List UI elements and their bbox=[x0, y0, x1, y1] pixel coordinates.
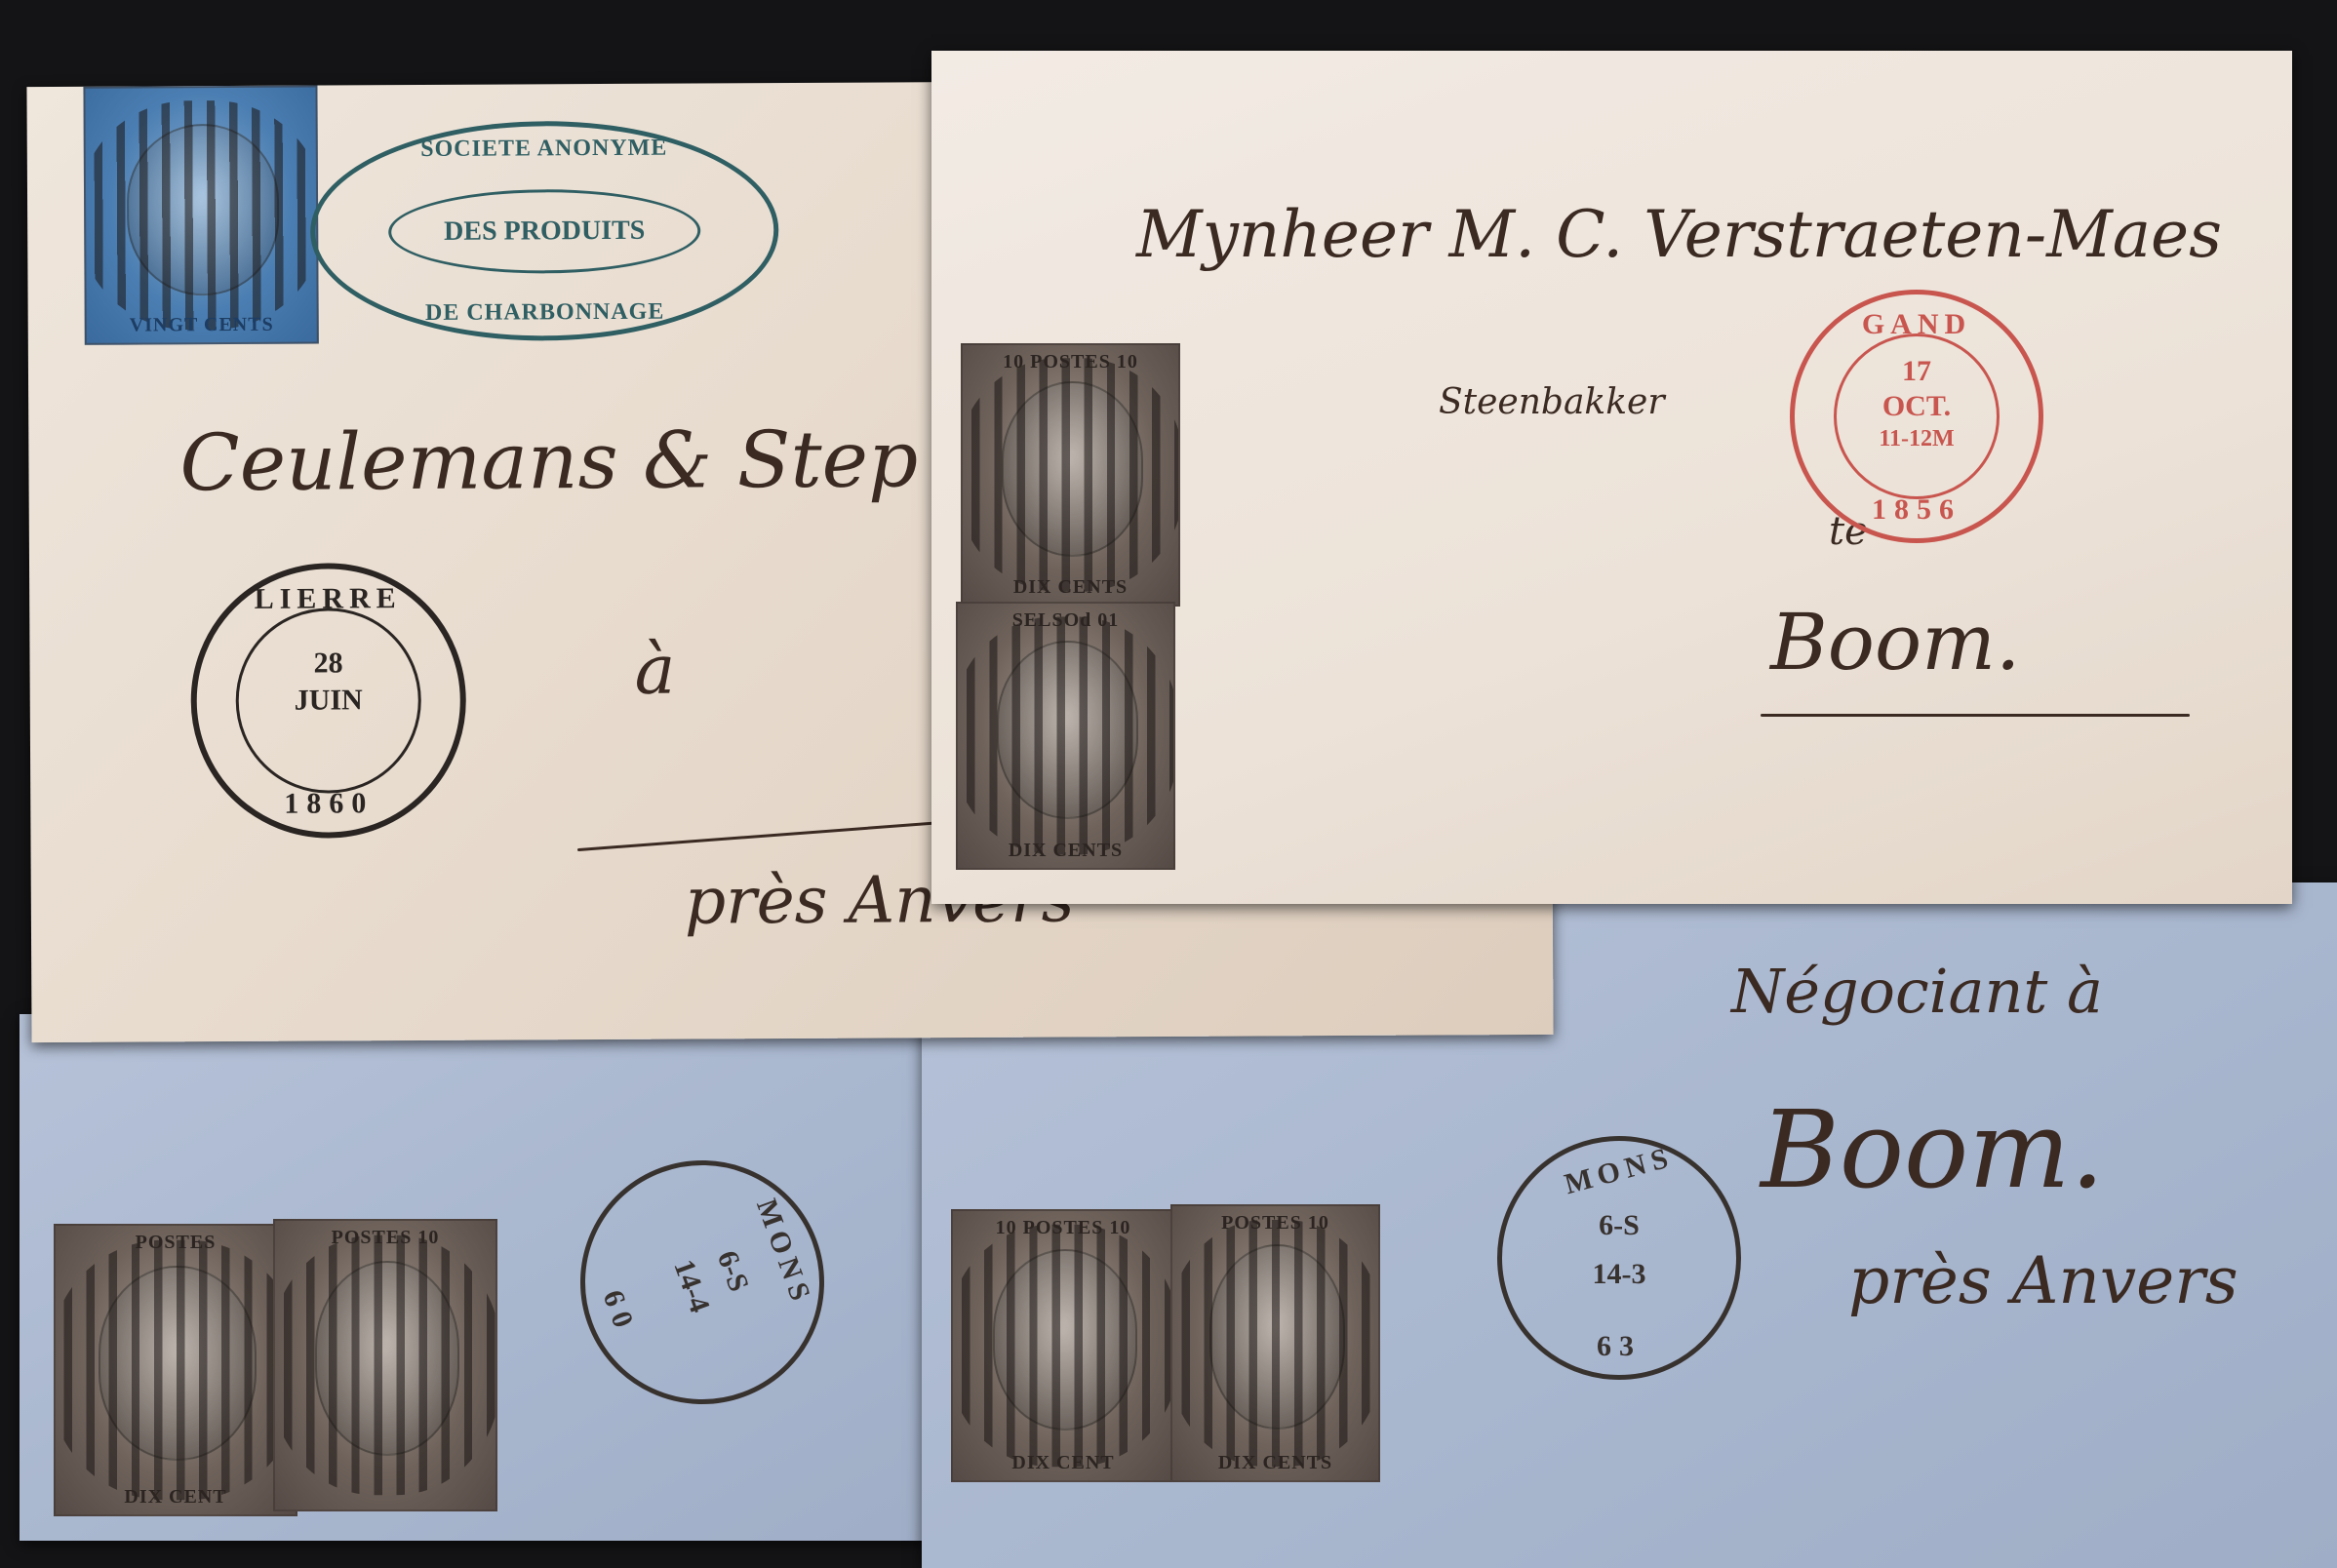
postmark-gand-1856: GAND 17 OCT. 11-12M 1856 bbox=[1790, 290, 2043, 543]
stamp-bottom-text: DIX CENTS bbox=[1172, 1452, 1378, 1474]
postmark-mons-1863: MONS 6-S 14-3 63 bbox=[1497, 1136, 1741, 1380]
stamp-top-text: POSTES 10 bbox=[275, 1227, 495, 1249]
address-ceulemans: Ceulemans & Step bbox=[179, 413, 918, 508]
stamp-top-text: 10 POSTES 10 bbox=[953, 1217, 1173, 1239]
postmark-town: MONS bbox=[1502, 1125, 1737, 1218]
stamp-dix-cents-2: POSTES 10 bbox=[273, 1219, 497, 1511]
postmark-time: 6-S bbox=[1502, 1209, 1736, 1242]
stamp-top-text: POSTES bbox=[56, 1232, 296, 1254]
stamp-bottom-text: DIX CENTS bbox=[963, 576, 1178, 599]
bar-cancel bbox=[273, 1235, 497, 1495]
address-a: à bbox=[634, 630, 675, 710]
stamp-top-text: SELSOd 01 bbox=[958, 609, 1173, 632]
cachet-line-top: SOCIETE ANONYME bbox=[315, 135, 773, 163]
stamp-dix-cents-1: POSTES DIX CENT bbox=[54, 1224, 297, 1516]
stamp-bottom-text: DIX CENT bbox=[953, 1452, 1173, 1474]
postmark-year: 1856 bbox=[1795, 493, 2039, 527]
stamp-top-text: POSTES 10 bbox=[1172, 1212, 1378, 1235]
stamp-vingt-cents: VINGT CENTS bbox=[83, 86, 318, 345]
company-cachet: SOCIETE ANONYME DES PRODUITS DE CHARBONN… bbox=[310, 120, 779, 342]
cover-top-right: 10 POSTES 10 DIX CENTS SELSOd 01 DIX CEN… bbox=[931, 51, 2292, 904]
stamp-bottom-text: DIX CENT bbox=[56, 1486, 296, 1509]
bar-cancel bbox=[54, 1240, 297, 1500]
bar-cancel bbox=[951, 1225, 1175, 1467]
postmark-day: 17 bbox=[1795, 355, 2039, 388]
stamp-top-text: 10 POSTES 10 bbox=[963, 351, 1178, 373]
cachet-line-middle: DES PRODUITS bbox=[444, 215, 645, 247]
postmark-date: 14-3 bbox=[1502, 1258, 1736, 1291]
stamp-dix-cents-2: SELSOd 01 DIX CENTS bbox=[956, 602, 1175, 870]
postmark-town: LIERRE bbox=[196, 582, 459, 616]
postmark-mons-1860: MONS 6-S 14-4 60 bbox=[546, 1126, 858, 1438]
postmark-town: GAND bbox=[1795, 308, 2039, 341]
postmark-year: 1860 bbox=[197, 787, 460, 821]
cachet-line-bottom: DE CHARBONNAGE bbox=[316, 298, 774, 327]
stamp-dix-cents-1: 10 POSTES 10 DIX CENT bbox=[951, 1209, 1175, 1482]
bar-cancel bbox=[83, 100, 318, 331]
stamp-dix-cents-1: 10 POSTES 10 DIX CENTS bbox=[961, 343, 1180, 607]
cover-bottom-left: POSTES DIX CENT POSTES 10 MONS 6-S 14-4 … bbox=[20, 1014, 975, 1541]
stamp-bottom-text: DIX CENTS bbox=[958, 840, 1173, 862]
bar-cancel bbox=[1170, 1220, 1380, 1467]
postmark-year: 63 bbox=[1502, 1330, 1736, 1363]
bar-cancel bbox=[961, 358, 1180, 591]
stamp-dix-cents-2: POSTES 10 DIX CENTS bbox=[1170, 1204, 1380, 1482]
address-negociant: Négociant à bbox=[1731, 956, 2103, 1027]
postmark-day: 28 bbox=[196, 647, 459, 681]
address-underline bbox=[577, 819, 967, 851]
address-boom: Boom. bbox=[1761, 1087, 2105, 1212]
bar-cancel bbox=[956, 617, 1175, 855]
postmark-month: JUIN bbox=[197, 684, 460, 718]
stamp-bottom-text: VINGT CENTS bbox=[87, 314, 317, 337]
address-mynheer: Mynheer M. C. Verstraeten-Maes bbox=[1136, 197, 2222, 272]
postmark-month: OCT. bbox=[1795, 390, 2039, 423]
postmark-lierre-1860: LIERRE 28 JUIN 1860 bbox=[190, 563, 466, 839]
address-underline bbox=[1761, 714, 2190, 717]
address-steenbakker: Steenbakker bbox=[1439, 382, 1665, 422]
address-pres-anvers: près Anvers bbox=[1848, 1243, 2238, 1318]
address-boom: Boom. bbox=[1770, 597, 2020, 687]
postmark-time: 11-12M bbox=[1795, 426, 2039, 452]
